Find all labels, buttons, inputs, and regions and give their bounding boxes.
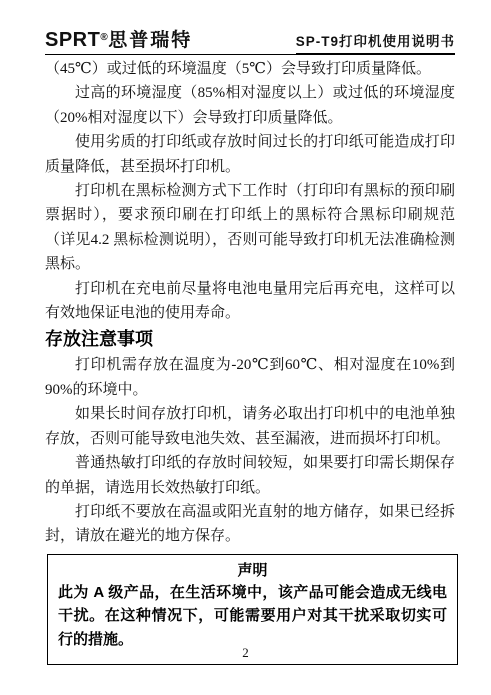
paragraph: 打印机在黑标检测方式下工作时（打印印有黑标的预印刷票据时），要求预印刷在打印纸上… — [45, 179, 455, 277]
notice-title: 声明 — [58, 560, 447, 581]
page-content: （45℃）或过低的环境温度（5℃）会导致打印质量降低。 过高的环境湿度（85%相… — [45, 57, 455, 665]
notice-body: 此为 A 级产品，在生活环境中，该产品可能会造成无线电干扰。在这种情况下，可能需… — [58, 581, 447, 652]
brand-chinese-text: 思普瑞特 — [108, 30, 192, 51]
paragraph: 如果长时间存放打印机，请务必取出打印机中的电池单独存放，否则可能导致电池失效、甚… — [45, 402, 455, 451]
paragraph: 普通热敏打印纸的存放时间较短，如果要打印需长期保存的单据，请选用长效热敏打印纸。 — [45, 451, 455, 500]
paragraph: 打印纸不要放在高温或阳光直射的地方储存，如果已经拆封，请放在避光的地方保存。 — [45, 500, 455, 549]
document-title: SP-T9打印机使用说明书 — [296, 33, 455, 55]
manual-page: SPRT®思普瑞特 SP-T9打印机使用说明书 （45℃）或过低的环境温度（5℃… — [0, 0, 491, 695]
brand-logo: SPRT®思普瑞特 — [45, 29, 192, 52]
brand-latin-text: SPRT — [45, 29, 100, 51]
page-number: 2 — [0, 645, 491, 661]
paragraph: 打印机在充电前尽量将电池电量用完后再充电，这样可以有效地保证电池的使用寿命。 — [45, 277, 455, 326]
paragraph: （45℃）或过低的环境温度（5℃）会导致打印质量降低。 — [45, 57, 455, 81]
registered-trademark-icon: ® — [100, 32, 108, 43]
page-header: SPRT®思普瑞特 SP-T9打印机使用说明书 — [45, 29, 455, 55]
paragraph: 打印机需存放在温度为-20℃到60℃、相对湿度在10%到90%的环境中。 — [45, 353, 455, 402]
paragraph: 使用劣质的打印纸或存放时间过长的打印纸可能造成打印质量降低，甚至损坏打印机。 — [45, 130, 455, 179]
section-heading-storage-precautions: 存放注意事项 — [45, 325, 455, 353]
paragraph: 过高的环境湿度（85%相对湿度以上）或过低的环境湿度（20%相对湿度以下）会导致… — [45, 81, 455, 130]
